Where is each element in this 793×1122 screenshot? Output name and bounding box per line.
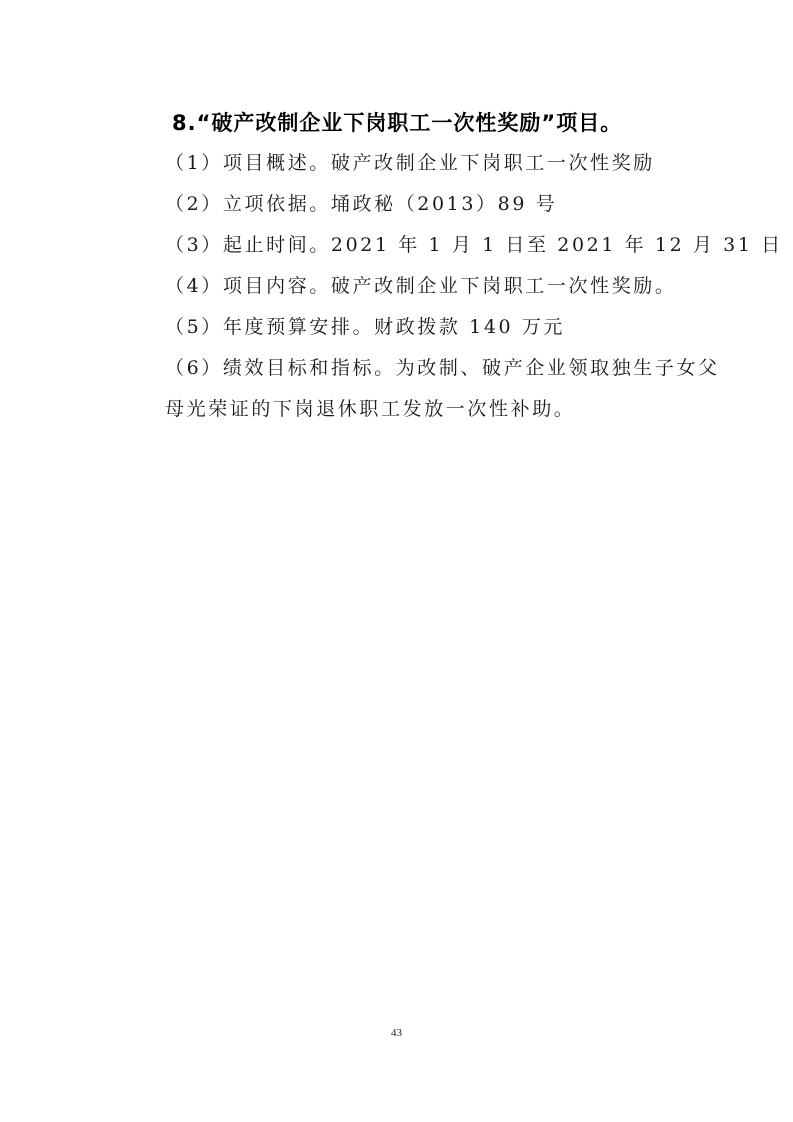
item-project-content: （4）项目内容。破产改制企业下岗职工一次性奖励。 <box>165 271 677 298</box>
item-project-period: （3）起止时间。2021 年 1 月 1 日至 2021 年 12 月 31 日 <box>165 230 783 257</box>
item-annual-budget: （5）年度预算安排。财政拨款 140 万元 <box>165 312 565 339</box>
item-performance-goals: （6）绩效目标和指标。为改制、破产企业领取独生子女父 <box>165 353 720 380</box>
page-number: 43 <box>0 1027 793 1039</box>
item-project-overview: （1）项目概述。破产改制企业下岗职工一次性奖励 <box>165 148 655 175</box>
item-project-basis: （2）立项依据。埇政秘（2013）89 号 <box>165 189 557 216</box>
section-heading: 8.“破产改制企业下岗职工一次性奖励”项目。 <box>172 107 622 137</box>
document-page: 8.“破产改制企业下岗职工一次性奖励”项目。 （1）项目概述。破产改制企业下岗职… <box>0 0 793 1122</box>
item-performance-goals-continued: 母光荣证的下岗退休职工发放一次性补助。 <box>165 394 575 421</box>
